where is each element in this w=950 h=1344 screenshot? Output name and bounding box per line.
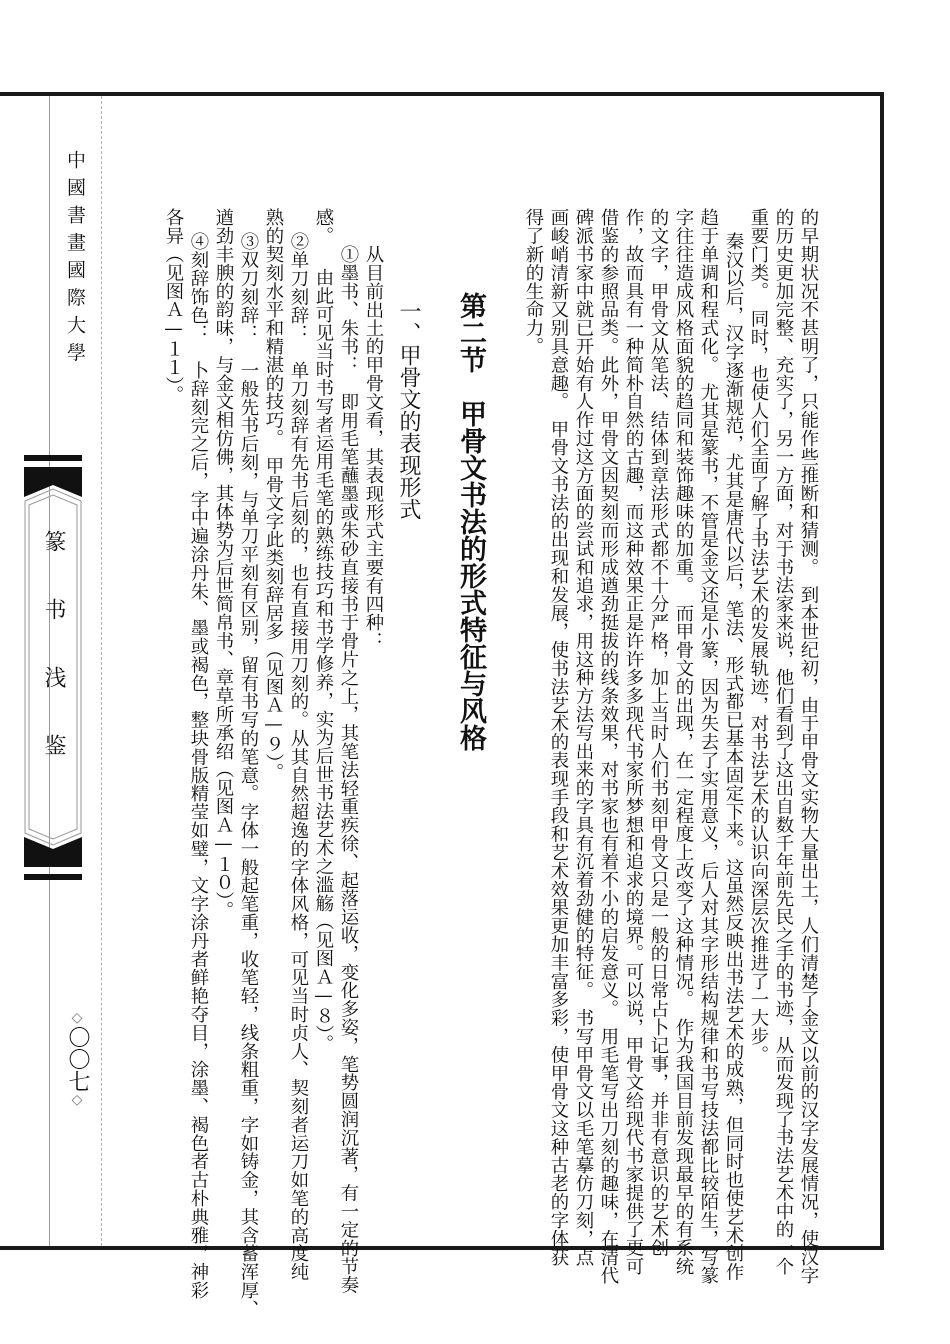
spine-ornament-bar-top: [24, 455, 82, 461]
text-column: 的文字，甲骨文从笔法、结体到章法形式都不十分严格，加上当时人们书刻甲骨文只是一般…: [646, 208, 670, 1257]
diamond-icon: ◇: [69, 1092, 85, 1108]
text-column: 借鉴的参照品类。此外，甲骨文因契刻而形成遒劲挺拔的线条效果，对书家也有着不小的启…: [596, 208, 620, 1284]
text-column: ①墨书、朱书： 即用毛笔蘸墨或朱砂直接书于骨片之上，其笔法轻重疾徐、起落运收，变…: [336, 245, 360, 1294]
spine-divider-right: [101, 96, 102, 1246]
text-column: ④刻辞饰色： 卜辞刻完之后，字中遍涂丹朱、墨或褐色，整块骨版精莹如璧，文字涂丹者…: [186, 232, 210, 1299]
text-column: 的历史更加完整、充实了，另一方面，对于书法家来说，他们看到了这出自数千年前先民之…: [771, 208, 795, 1275]
book-title: 篆书浅鉴: [38, 530, 69, 802]
text-column: 各异（见图Ａ—１１）。: [161, 208, 185, 404]
diamond-icon: ◇: [69, 1010, 85, 1026]
page-digits: 〇〇七: [65, 1026, 90, 1092]
text-column: 作，故而具有一种简朴自然的古趣，而这种效果正是许许多多现代书家所梦想和追求的境界…: [621, 208, 645, 1275]
text-column: 遒劲丰腴的韵味，与金文相仿佛，其体势为后世简帛书、章草所承绍（见图Ａ—１０）。: [211, 208, 235, 919]
text-column: 重要门类。 同时，也使人们全面了解了书法艺术的发展轨迹，对书法艺术的认识向深层次…: [746, 208, 770, 1064]
text-column: 从目前出土的甲骨文看，其表现形式主要有四种：: [361, 245, 385, 650]
text-column: 得了新的生命力。: [521, 208, 545, 355]
section-title: 第二节 甲骨文书法的形式特征与风格: [455, 292, 485, 751]
text-column: 的早期状况不甚明了，只能作些推断和猜测。 到本世纪初，由于甲骨文实物大量出土，人…: [796, 208, 820, 1284]
text-column: 熟的契刻水平和精湛的技巧。 甲骨文字此类刻辞居多（见图Ａ—９）。: [261, 208, 285, 781]
text-column: 由此可见当时书写者运用毛笔的熟练技巧和书学修养，实为后世书法艺术之滥觞（见图Ａ—…: [311, 268, 335, 1053]
text-column: 秦汉以后，汉字逐渐规范，尤其是唐代以后，笔法、形式都已基本固定下来。这虽然反映出…: [721, 232, 745, 1281]
page-number: ◇〇〇七◇: [64, 1010, 90, 1108]
text-column: 碑派书家中就已开始有人作过这方面的尝试和追求，用这种方法写出来的字具有沉着劲健的…: [571, 208, 595, 1266]
text-column: ②单刀刻辞： 单刀刻辞有先书后刻的，也有直接用刀刻的。从其自然超逸的字体风格，可…: [286, 232, 310, 1281]
text-column: 感。: [311, 208, 335, 245]
spine-ornament-bar-bottom: [24, 874, 82, 880]
university-name: 中國書畫國際大學: [62, 150, 89, 370]
text-column: 趋于单调和程式化。 尤其是篆书，不管是金文还是小篆，因为失去了实用意义，后人对其…: [696, 208, 720, 1284]
text-column: ③双刀刻辞： 一般先书后刻，与单刀平刻有区别，留有书写的笔意。字体一般起笔重，收…: [236, 232, 260, 1318]
section-subheading: 一、甲骨文的表现形式: [395, 300, 421, 520]
text-column: 画峻峭清新又别具意趣。 甲骨文书法的出现和发展，使书法艺术的表现手段和艺术效果更…: [546, 208, 570, 1266]
text-column: 字往往造成风格面貌的趋同和装饰趣味的加重。 而甲骨文的出现，在一定程度上改变了这…: [671, 208, 695, 1275]
